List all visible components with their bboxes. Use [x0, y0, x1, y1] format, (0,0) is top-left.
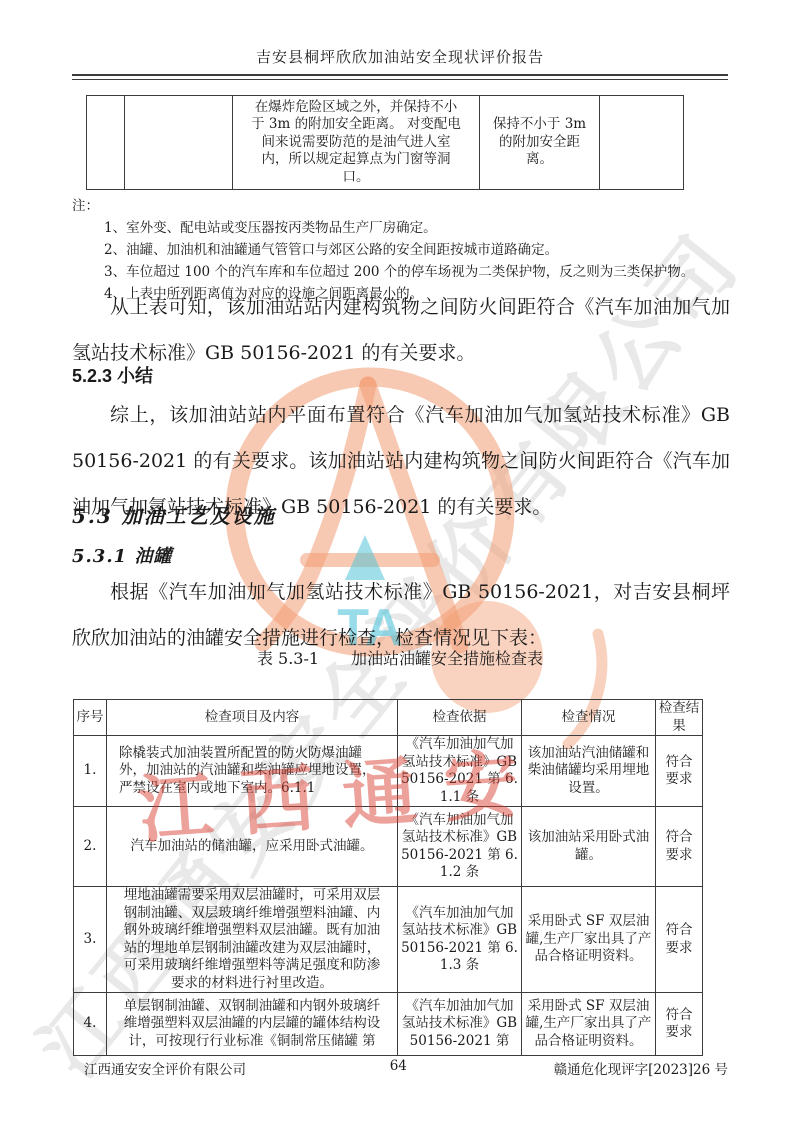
cell-result: 符合要求	[656, 993, 703, 1056]
cell-seq: 2.	[74, 807, 107, 887]
spacing-table-continued: 在爆炸危险区域之外，并保持不小于 3m 的附加安全距离。 对变配电间来说需要防范…	[86, 95, 684, 190]
table-caption: 表 5.3-1 加油站油罐安全措施检查表	[72, 646, 728, 669]
cell-seq: 4.	[74, 993, 107, 1056]
cell-basis: 《汽车加油加气加氢站技术标准》GB 50156-2021 第 6.1.3 条	[398, 887, 522, 993]
cell-situation: 该加油站采用卧式油罐。	[522, 807, 656, 887]
cell-content: 单层钢制油罐、双钢制油罐和内钢外玻璃纤维增强塑料双层油罐的内层罐的罐体结构设计，…	[107, 993, 398, 1056]
footer-page-number: 64	[390, 1058, 407, 1074]
cell-situation: 采用卧式 SF 双层油罐,生产厂家出具了产品合格证明资料。	[522, 993, 656, 1056]
table-header-row: 序号检查项目及内容检查依据检查情况检查结果	[74, 700, 703, 736]
table-row: 3.埋地油罐需要采用双层油罐时，可采用双层钢制油罐、双层玻璃纤维增强塑料油罐、内…	[74, 887, 703, 993]
cell-content: 除橇装式加油装置所配置的防火防爆油罐外，加油站的汽油罐和柴油罐应埋地设置，严禁设…	[107, 736, 398, 807]
cell-situation: 采用卧式 SF 双层油罐,生产厂家出具了产品合格证明资料。	[522, 887, 656, 993]
cell-result: 符合要求	[656, 807, 703, 887]
page-header-title: 吉安县桐坪欣欣加油站安全现状评价报告	[72, 46, 728, 67]
tank-safety-check-table: 序号检查项目及内容检查依据检查情况检查结果 1.除橇装式加油装置所配置的防火防爆…	[73, 699, 703, 1056]
footer-company: 江西通安安全评价有限公司	[84, 1058, 246, 1078]
heading-5-2-3: 5.2.3 小结	[72, 362, 153, 388]
table-row: 2.汽车加油站的储油罐，应采用卧式油罐。《汽车加油加气加氢站技术标准》GB 50…	[74, 807, 703, 887]
cell-situation: 该加油站汽油储罐和柴油储罐均采用埋地设置。	[522, 736, 656, 807]
cell-basis: 《汽车加油加气加氢站技术标准》GB 50156-2021 第 6.1.1 条	[398, 736, 522, 807]
top-cell-3: 保持不小于 3m 的附加安全距离。	[480, 96, 600, 190]
cell-content: 埋地油罐需要采用双层油罐时，可采用双层钢制油罐、双层玻璃纤维增强塑料油罐、内钢外…	[107, 887, 398, 993]
column-header: 检查结果	[656, 700, 703, 736]
footer-doc-number: 赣通危化现评字[2023]26 号	[554, 1058, 728, 1078]
cell-content: 汽车加油站的储油罐，应采用卧式油罐。	[107, 807, 398, 887]
column-header: 检查项目及内容	[107, 700, 398, 736]
top-cell-1	[125, 96, 233, 190]
column-header: 检查依据	[398, 700, 522, 736]
cell-seq: 1.	[74, 736, 107, 807]
top-cell-0	[87, 96, 125, 190]
notes-label: 注：	[72, 195, 742, 217]
heading-5-3-1: 5.3.1 油罐	[72, 542, 172, 568]
cell-result: 符合要求	[656, 887, 703, 993]
report-page: 江西通安安全评价有限公司 TA 江西通安 吉安县桐坪欣欣加油站安全现状评价报告 …	[0, 0, 800, 1131]
note-item: 3、车位超过 100 个的汽车库和车位超过 200 个的停车场视为二类保护物，反…	[104, 261, 742, 283]
cell-seq: 3.	[74, 887, 107, 993]
paragraph-conclusion-spacing: 从上表可知，该加油站站内建构筑物之间防火间距符合《汽车加油加气加氢站技术标准》G…	[72, 284, 730, 376]
cell-basis: 《汽车加油加气加氢站技术标准》GB 50156-2021 第	[398, 993, 522, 1056]
column-header: 检查情况	[522, 700, 656, 736]
heading-5-3: 5.3 加油工艺及设施	[72, 500, 276, 529]
top-cell-4	[600, 96, 684, 190]
cell-result: 符合要求	[656, 736, 703, 807]
table-row: 1.除橇装式加油装置所配置的防火防爆油罐外，加油站的汽油罐和柴油罐应埋地设置，严…	[74, 736, 703, 807]
table-row: 4.单层钢制油罐、双钢制油罐和内钢外玻璃纤维增强塑料双层油罐的内层罐的罐体结构设…	[74, 993, 703, 1056]
table-row: 在爆炸危险区域之外，并保持不小于 3m 的附加安全距离。 对变配电间来说需要防范…	[87, 96, 684, 190]
column-header: 序号	[74, 700, 107, 736]
header-rule	[72, 74, 728, 80]
top-cell-2: 在爆炸危险区域之外，并保持不小于 3m 的附加安全距离。 对变配电间来说需要防范…	[233, 96, 480, 190]
note-item: 1、室外变、配电站或变压器按丙类物品生产厂房确定。	[104, 217, 742, 239]
note-item: 2、油罐、加油机和油罐通气管管口与郊区公路的安全间距按城市道路确定。	[104, 239, 742, 261]
cell-basis: 《汽车加油加气加氢站技术标准》GB 50156-2021 第 6.1.2 条	[398, 807, 522, 887]
